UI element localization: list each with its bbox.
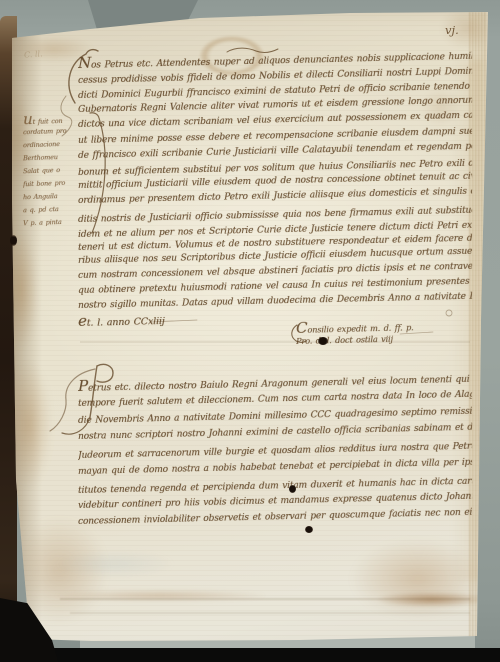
- ink-blot: [305, 526, 313, 533]
- margin-note: ut fuit concordatum proordinacioneBertho…: [23, 111, 99, 236]
- margin-note-line: ordinacione: [23, 139, 99, 151]
- margin-note-line: ho Anguila: [23, 191, 99, 203]
- ink-blot: [289, 485, 296, 493]
- margin-note-line: Salat que o: [23, 165, 99, 177]
- margin-note-line: cordatum pro: [23, 126, 99, 138]
- margin-note-line: fuit bone pro: [23, 178, 99, 190]
- letter-block-2: Petrus etc. dilecto nostro Baiulo Regni …: [78, 0, 472, 662]
- ink-blot: [10, 235, 17, 246]
- margin-note-line: V p. a pinta: [23, 217, 99, 229]
- faint-inscription: C. ll.: [24, 49, 43, 59]
- ink-blot: [318, 337, 328, 345]
- margin-note-line: Berthomeu: [23, 152, 99, 164]
- margin-note-line: a q. pd cta: [23, 204, 99, 216]
- manuscript-photo: vj. C. ll. Nos Petrus etc. Attendentes n…: [0, 0, 500, 662]
